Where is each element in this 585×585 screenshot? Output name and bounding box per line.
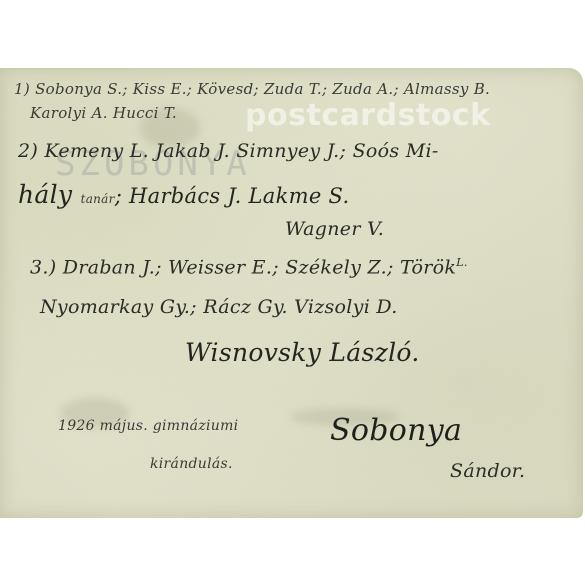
group-1-line-1: 1) Sobonya S.; Kiss E.; Kövesd; Zuda T.;…: [14, 80, 490, 98]
group-3-line-3: Wisnovsky László.: [185, 338, 420, 367]
trip-note-line-2: kirándulás.: [150, 456, 233, 472]
group-2-line-2: hály tanár; Harbács J. Lakme S.: [18, 180, 349, 209]
group-2-line-1-names: 2) Kemeny L. Jakab J. Simnyey J.; Soós M…: [18, 140, 439, 162]
group-3-line-1: 3.) Draban J.; Weisser E.; Székely Z.; T…: [30, 256, 468, 278]
watermark: postcardstock: [245, 98, 491, 133]
postcard-back: SZOBONYA postcardstock 1) Sobonya S.; Ki…: [0, 68, 583, 518]
signature-surname: Sobonya: [330, 413, 462, 448]
group-3-line-1-sup: L.: [456, 256, 467, 269]
signature-firstname: Sándor.: [450, 460, 525, 482]
group-2-teacher-note: tanár: [81, 192, 115, 206]
group-2-line-3: Wagner V.: [285, 218, 384, 240]
group-2-line-2-start: hály: [18, 180, 72, 209]
group-1-line-2: Karolyi A. Hucci T.: [30, 104, 177, 122]
group-3-line-1-names: 3.) Draban J.; Weisser E.; Székely Z.; T…: [30, 256, 456, 278]
group-3-line-2: Nyomarkay Gy.; Rácz Gy. Vizsolyi D.: [40, 296, 398, 318]
group-2-line-2-rest: ; Harbács J. Lakme S.: [115, 184, 350, 208]
trip-note-line-1: 1926 május. gimnáziumi: [58, 418, 238, 434]
group-2-line-1: 2) Kemeny L. Jakab J. Simnyey J.; Soós M…: [18, 140, 439, 162]
